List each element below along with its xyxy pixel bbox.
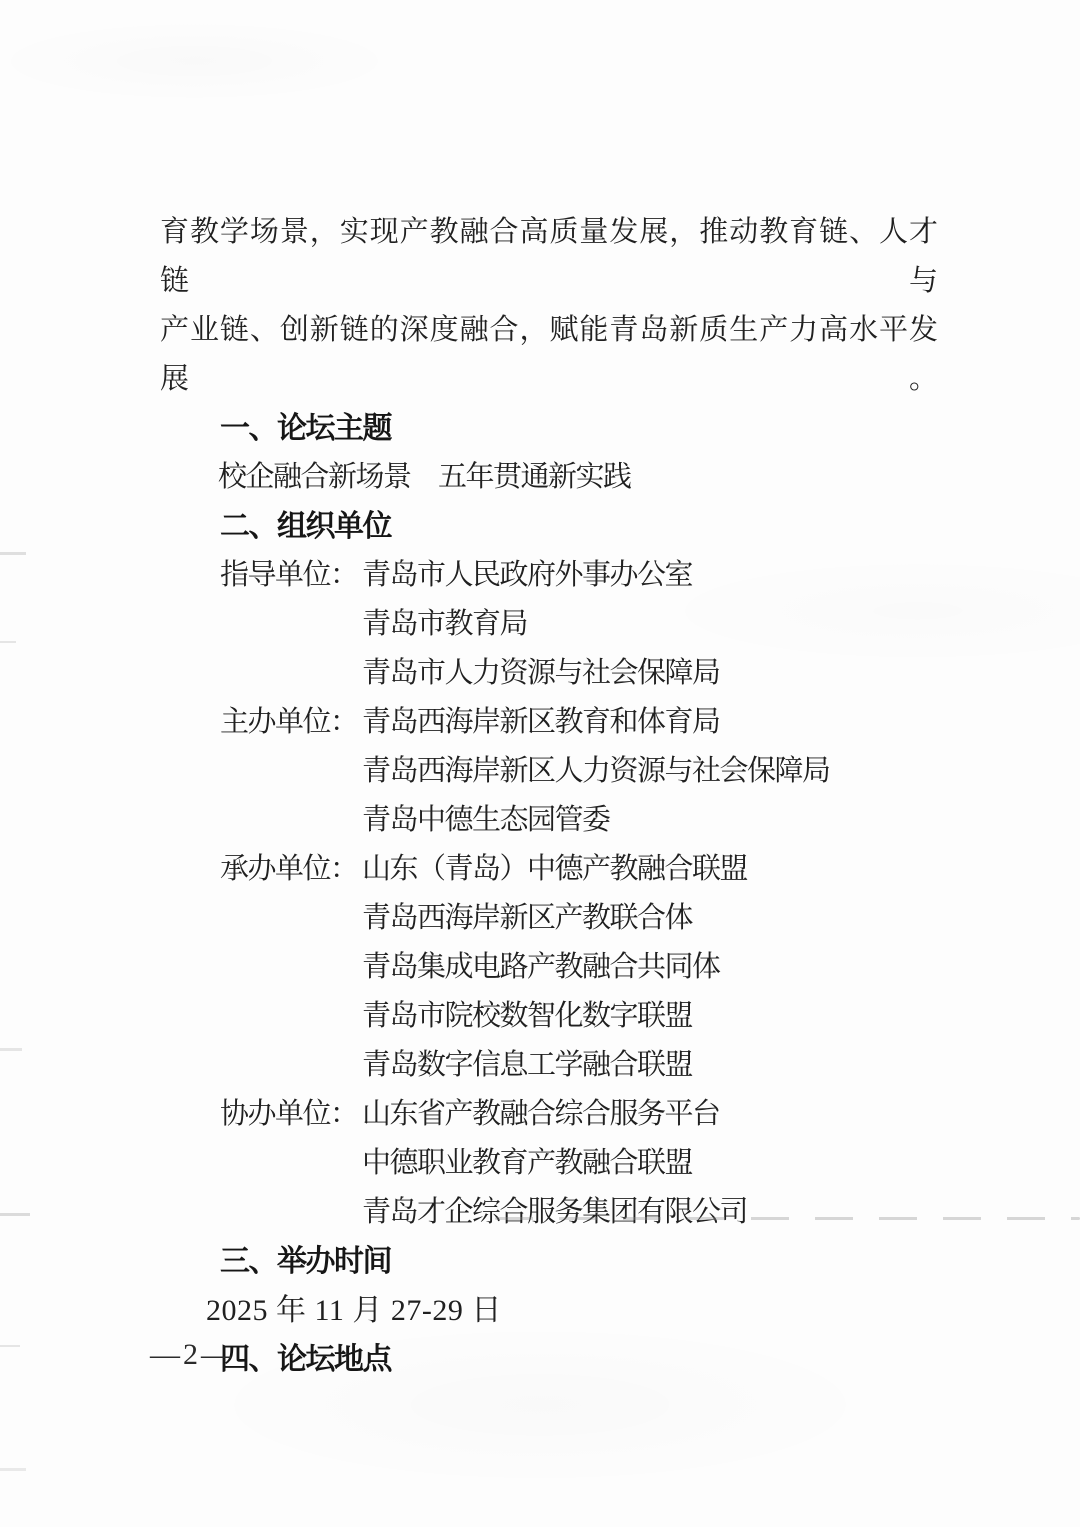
organizer-unit: 青岛西海岸新区人力资源与社会保障局 bbox=[362, 747, 1080, 796]
organizer-units: 山东省产教融合综合服务平台 中德职业教育产教融合联盟 青岛才企综合服务集团有限公… bbox=[362, 1090, 1080, 1237]
organizer-label: 指导单位： bbox=[220, 551, 362, 600]
organizer-unit: 青岛市人力资源与社会保障局 bbox=[362, 649, 1080, 698]
organizer-label: 主办单位： bbox=[220, 698, 362, 747]
page-number: —2— bbox=[150, 1338, 234, 1372]
organizer-unit: 青岛市教育局 bbox=[362, 600, 1080, 649]
organizer-label: 承办单位： bbox=[220, 845, 362, 894]
organizer-label: 协办单位： bbox=[220, 1090, 362, 1139]
organizer-group-coorganizer: 协办单位： 山东省产教融合综合服务平台 中德职业教育产教融合联盟 青岛才企综合服… bbox=[220, 1090, 1080, 1237]
section-heading-forum-theme: 一、论坛主题 bbox=[220, 404, 1080, 453]
section-heading-time: 三、举办时间 bbox=[220, 1237, 1080, 1286]
section-heading-location: 四、论坛地点 bbox=[220, 1335, 1080, 1384]
organizer-unit: 山东（青岛）中德产教融合联盟 bbox=[362, 845, 1080, 894]
organizer-units: 山东（青岛）中德产教融合联盟 青岛西海岸新区产教联合体 青岛集成电路产教融合共同… bbox=[362, 845, 1080, 1090]
organizer-unit: 中德职业教育产教融合联盟 bbox=[362, 1139, 1080, 1188]
organizer-unit: 青岛集成电路产教融合共同体 bbox=[362, 943, 1080, 992]
organizer-units: 青岛市人民政府外事办公室 青岛市教育局 青岛市人力资源与社会保障局 bbox=[362, 551, 1080, 698]
intro-paragraph-line: 产业链、创新链的深度融合，赋能青岛新质生产力高水平发展。 bbox=[160, 306, 938, 404]
organizer-unit: 青岛数字信息工学融合联盟 bbox=[362, 1041, 1080, 1090]
organizer-units: 青岛西海岸新区教育和体育局 青岛西海岸新区人力资源与社会保障局 青岛中德生态园管… bbox=[362, 698, 1080, 845]
organizer-group-undertaker: 承办单位： 山东（青岛）中德产教融合联盟 青岛西海岸新区产教联合体 青岛集成电路… bbox=[220, 845, 1080, 1090]
organizer-group-guidance: 指导单位： 青岛市人民政府外事办公室 青岛市教育局 青岛市人力资源与社会保障局 bbox=[220, 551, 1080, 698]
organizer-unit: 青岛才企综合服务集团有限公司 bbox=[362, 1188, 1080, 1237]
organizer-group-host: 主办单位： 青岛西海岸新区教育和体育局 青岛西海岸新区人力资源与社会保障局 青岛… bbox=[220, 698, 1080, 845]
scan-artifact-mark bbox=[0, 1468, 26, 1471]
organizer-unit: 青岛西海岸新区产教联合体 bbox=[362, 894, 1080, 943]
document-body: 育教学场景，实现产教融合高质量发展，推动教育链、人才链与 产业链、创新链的深度融… bbox=[0, 208, 1080, 1384]
organizer-unit: 青岛市院校数智化数字联盟 bbox=[362, 992, 1080, 1041]
organizer-unit: 青岛中德生态园管委 bbox=[362, 796, 1080, 845]
organizer-unit: 山东省产教融合综合服务平台 bbox=[362, 1090, 1080, 1139]
forum-theme-text: 校企融合新场景 五年贯通新实践 bbox=[218, 453, 1080, 502]
section-heading-organizers: 二、组织单位 bbox=[220, 502, 1080, 551]
intro-paragraph-line: 育教学场景，实现产教融合高质量发展，推动教育链、人才链与 bbox=[160, 208, 938, 306]
organizer-unit: 青岛西海岸新区教育和体育局 bbox=[362, 698, 1080, 747]
scanned-document-page: 育教学场景，实现产教融合高质量发展，推动教育链、人才链与 产业链、创新链的深度融… bbox=[0, 0, 1080, 1527]
event-date-text: 2025 年 11 月 27-29 日 bbox=[206, 1286, 1080, 1335]
organizer-unit: 青岛市人民政府外事办公室 bbox=[362, 551, 1080, 600]
